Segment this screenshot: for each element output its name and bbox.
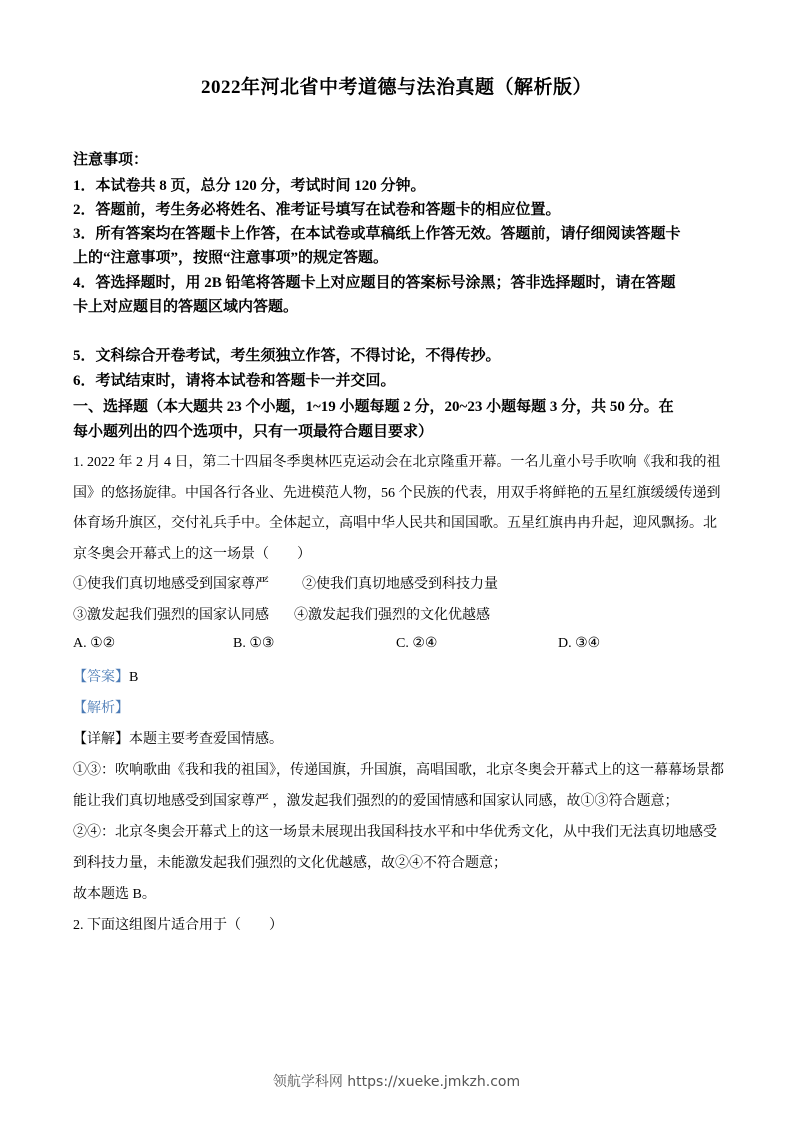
q1-option-d: D. ③④: [558, 635, 600, 652]
notice-line: 4．答选择题时，用 2B 铅笔将答题卡上对应题目的答案标号涂黑；答非选择题时，请…: [73, 271, 676, 292]
document-page: 2022年河北省中考道德与法治真题（解析版） 注意事项： 1．本试卷共 8 页，…: [0, 0, 793, 1122]
q1-stem-line: 1. 2022 年 2 月 4 日，第二十四届冬季奥林匹克运动会在北京隆重开幕。…: [73, 451, 721, 471]
analysis-tag: 【解析】: [73, 701, 129, 716]
q1-explain-line: 能让我们真切地感受到国家尊严 ，激发起我们强烈的的爱国情感和国家认同感，故①③符…: [73, 790, 679, 810]
page-title: 2022年河北省中考道德与法治真题（解析版）: [0, 72, 793, 99]
notice-line: 3．所有答案均在答题卡上作答，在本试卷或草稿纸上作答无效。答题前，请仔细阅读答题…: [73, 222, 681, 243]
q1-stem-line: 京冬奥会开幕式上的这一场景（ ）: [73, 543, 311, 563]
q1-explain-line: ①③：吹响歌曲《我和我的祖国》，传递国旗，升国旗，高唱国歌，北京冬奥会开幕式上的…: [73, 759, 724, 779]
notice-line: 上的“注意事项”，按照“注意事项”的规定答题。: [73, 246, 388, 267]
q1-statement: ③激发起我们强烈的国家认同感: [73, 604, 269, 624]
answer-tag: 【答案】: [73, 670, 129, 685]
footer-watermark: 领航学科网 https://xueke.jmkzh.com: [0, 1071, 793, 1091]
notice-line: 6．考试结束时，请将本试卷和答题卡一并交回。: [73, 369, 396, 390]
q1-stem-line: 国》的悠扬旋律。中国各行各业、先进模范人物，56 个民族的代表，用双手将鲜艳的五…: [73, 482, 721, 502]
q1-detail-line: 【详解】本题主要考查爱国情感。: [73, 728, 283, 748]
q1-statement: ①使我们真切地感受到国家尊严: [73, 573, 269, 593]
notice-heading: 注意事项：: [73, 148, 148, 169]
notice-line: 2．答题前，考生务必将姓名、准考证号填写在试卷和答题卡的相应位置。: [73, 198, 561, 219]
detail-text: 本题主要考查爱国情感。: [129, 732, 283, 747]
answer-value: B: [129, 670, 138, 685]
q1-option-c: C. ②④: [396, 635, 437, 652]
q1-answer-line: 【答案】B: [73, 666, 138, 686]
q1-explain-line: 到科技力量，未能激发起我们强烈的文化优越感，故②④不符合题意；: [73, 852, 507, 872]
q1-explain-line: ②④：北京冬奥会开幕式上的这一场景未展现出我国科技水平和中华优秀文化，从中我们无…: [73, 821, 717, 841]
section-heading: 一、选择题（本大题共 23 个小题，1~19 小题每题 2 分，20~23 小题…: [73, 395, 674, 416]
q1-option-a: A. ①②: [73, 635, 115, 652]
notice-line: 1．本试卷共 8 页，总分 120 分，考试时间 120 分钟。: [73, 174, 426, 195]
q1-stem-line: 体育场升旗区，交付礼兵手中。全体起立，高唱中华人民共和国国歌。五星红旗冉冉升起，…: [73, 512, 717, 532]
detail-tag: 【详解】: [73, 732, 129, 747]
q1-explain-line: 故本题选 B。: [73, 883, 156, 903]
q2-stem: 2. 下面这组图片适合用于（ ）: [73, 914, 283, 934]
notice-line: 5．文科综合开卷考试，考生须独立作答，不得讨论，不得传抄。: [73, 344, 501, 365]
q1-analysis-line: 【解析】: [73, 697, 129, 717]
q1-option-b: B. ①③: [233, 635, 274, 652]
notice-line: 卡上对应题目的答题区域内答题。: [73, 295, 298, 316]
section-heading: 每小题列出的四个选项中，只有一项最符合题目要求）: [73, 420, 433, 441]
q1-statement: ②使我们真切地感受到科技力量: [302, 573, 498, 593]
q1-statement: ④激发起我们强烈的文化优越感: [294, 604, 490, 624]
